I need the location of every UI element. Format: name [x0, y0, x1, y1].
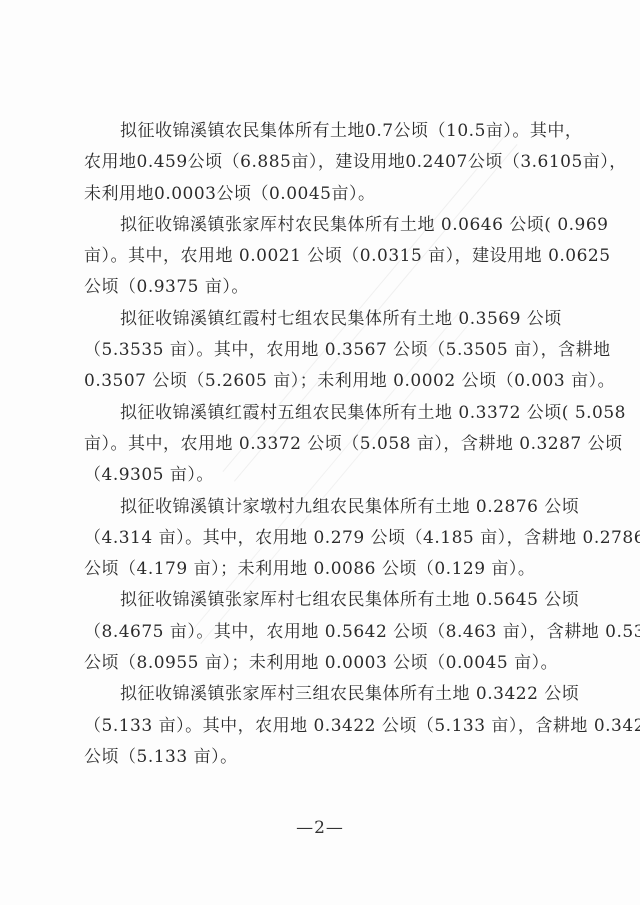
text-line: 公顷（4.179 亩）；未利用地 0.0086 公顷（0.129 亩）。 — [84, 554, 564, 585]
paragraph-jiajiadun-group9: 拟征收锦溪镇计家墩村九组农民集体所有土地 0.2876 公顷 （4.314 亩）… — [84, 492, 564, 586]
text-line: 公顷（8.0955 亩）；未利用地 0.0003 公顷（0.0045 亩）。 — [84, 648, 564, 679]
paragraph-hongxia-group5: 拟征收锦溪镇红霞村五组农民集体所有土地 0.3372 公顷( 5.058 亩）。… — [84, 398, 564, 492]
paragraph-zhangjiashe-group3: 拟征收锦溪镇张家厍村三组农民集体所有土地 0.3422 公顷 （5.133 亩）… — [84, 679, 564, 773]
document-page: 拟征收锦溪镇农民集体所有土地0.7公顷（10.5亩）。其中， 农用地0.459公… — [0, 0, 640, 905]
text-line: 拟征收锦溪镇张家厍村农民集体所有土地 0.0646 公顷( 0.969 — [84, 210, 564, 241]
text-line: （5.133 亩）。其中，农用地 0.3422 公顷（5.133 亩），含耕地 … — [84, 711, 564, 742]
paragraph-zhangjiashe-group7: 拟征收锦溪镇张家厍村七组农民集体所有土地 0.5645 公顷 （8.4675 亩… — [84, 585, 564, 679]
paragraph-hongxia-group7: 拟征收锦溪镇红霞村七组农民集体所有土地 0.3569 公顷 （5.3535 亩）… — [84, 304, 564, 398]
text-line: 公顷（5.133 亩）。 — [84, 742, 564, 773]
text-line: 拟征收锦溪镇张家厍村七组农民集体所有土地 0.5645 公顷 — [84, 585, 564, 616]
text-line: 亩）。其中，农用地 0.3372 公顷（5.058 亩），含耕地 0.3287 … — [84, 429, 564, 460]
text-line: （8.4675 亩）。其中，农用地 0.5642 公顷（8.463 亩），含耕地… — [84, 617, 564, 648]
text-line: （4.9305 亩）。 — [84, 460, 564, 491]
text-line: 拟征收锦溪镇张家厍村三组农民集体所有土地 0.3422 公顷 — [84, 679, 564, 710]
text-line: 拟征收锦溪镇红霞村五组农民集体所有土地 0.3372 公顷( 5.058 — [84, 398, 564, 429]
paragraph-zhangjiashe-village: 拟征收锦溪镇张家厍村农民集体所有土地 0.0646 公顷( 0.969 亩）。其… — [84, 210, 564, 304]
text-line: 公顷（0.9375 亩）。 — [84, 272, 564, 303]
text-line: 农用地0.459公顷（6.885亩），建设用地0.2407公顷（3.6105亩）… — [84, 147, 564, 178]
text-line: 未利用地0.0003公顷（0.0045亩）。 — [84, 179, 564, 210]
paragraph-jinxi-town: 拟征收锦溪镇农民集体所有土地0.7公顷（10.5亩）。其中， 农用地0.459公… — [84, 116, 564, 210]
text-line: 0.3507 公顷（5.2605 亩）；未利用地 0.0002 公顷（0.003… — [84, 366, 564, 397]
text-line: （4.314 亩）。其中，农用地 0.279 公顷（4.185 亩），含耕地 0… — [84, 523, 564, 554]
text-line: 拟征收锦溪镇红霞村七组农民集体所有土地 0.3569 公顷 — [84, 304, 564, 335]
text-line: 亩）。其中，农用地 0.0021 公顷（0.0315 亩），建设用地 0.062… — [84, 241, 564, 272]
page-number: —2— — [0, 818, 640, 838]
text-line: 拟征收锦溪镇计家墩村九组农民集体所有土地 0.2876 公顷 — [84, 492, 564, 523]
document-body: 拟征收锦溪镇农民集体所有土地0.7公顷（10.5亩）。其中， 农用地0.459公… — [84, 116, 564, 773]
text-line: （5.3535 亩）。其中，农用地 0.3567 公顷（5.3505 亩），含耕… — [84, 335, 564, 366]
text-line: 拟征收锦溪镇农民集体所有土地0.7公顷（10.5亩）。其中， — [84, 116, 564, 147]
